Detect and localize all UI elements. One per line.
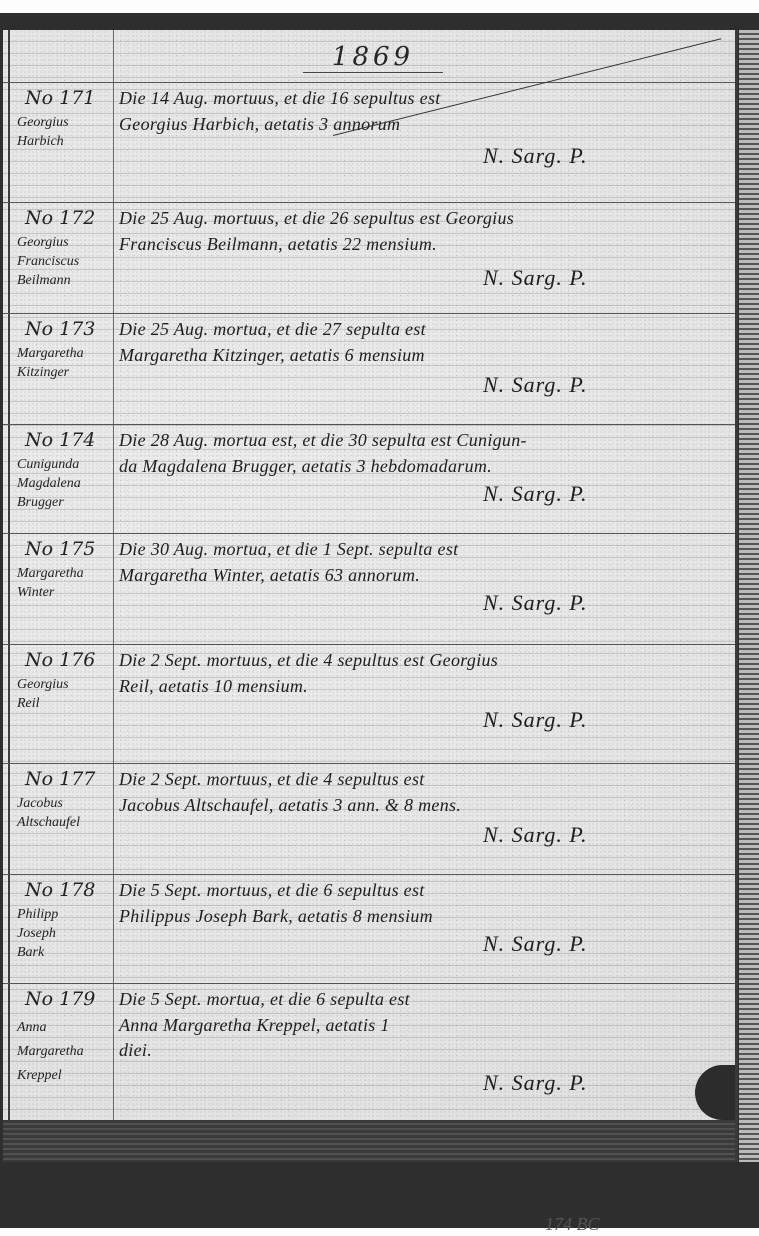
entry-text-line: Margaretha Kitzinger, aetatis 6 mensium — [119, 345, 425, 366]
entry-number: No 179 — [25, 988, 115, 1010]
margin-surname: Kreppel — [17, 1064, 113, 1088]
entry-number: No 176 — [25, 649, 115, 671]
register-entry: No 177 Jacobus Altschaufel Die 2 Sept. m… — [3, 763, 735, 874]
priest-signature: N. Sarg. P. — [483, 143, 588, 169]
margin-given-name: Georgius — [17, 113, 113, 132]
margin-given-name: Cunigunda — [17, 455, 113, 474]
entry-margin-name: Jacobus Altschaufel — [17, 794, 113, 832]
entry-number: No 175 — [25, 538, 115, 560]
entry-text-line: Die 2 Sept. mortuus, et die 4 sepultus e… — [119, 650, 498, 671]
margin-given-name: Margaretha — [17, 344, 113, 363]
entry-text-line: Georgius Harbich, aetatis 3 annorum — [119, 114, 400, 135]
margin-surname: Beilmann — [17, 271, 113, 290]
entry-text-line: Die 2 Sept. mortuus, et die 4 sepultus e… — [119, 769, 425, 790]
margin-surname: Bark — [17, 943, 113, 962]
entry-margin-name: Margaretha Kitzinger — [17, 344, 113, 382]
entry-number: No 178 — [25, 879, 115, 901]
register-entry: No 176 Georgius Reil Die 2 Sept. mortuus… — [3, 644, 735, 763]
entry-margin-name: Margaretha Winter — [17, 564, 113, 602]
entry-number: No 173 — [25, 318, 115, 340]
entry-margin-name: Georgius Reil — [17, 675, 113, 713]
year-heading: 1869 — [303, 42, 443, 73]
entry-number: No 177 — [25, 768, 115, 790]
priest-signature: N. Sarg. P. — [483, 707, 588, 733]
entry-number: No 172 — [25, 207, 115, 229]
entry-margin-name: Georgius Harbich — [17, 113, 113, 151]
margin-given-name: Margaretha — [17, 1040, 113, 1064]
entry-text-line: Die 30 Aug. mortua, et die 1 Sept. sepul… — [119, 539, 458, 560]
margin-given-name: Jacobus — [17, 794, 113, 813]
entry-text-line: Franciscus Beilmann, aetatis 22 mensium. — [119, 234, 437, 255]
margin-surname: Winter — [17, 583, 113, 602]
register-page: 1869 No 171 Georgius Harbich Die 14 Aug.… — [3, 30, 738, 1162]
register-entry: No 173 Margaretha Kitzinger Die 25 Aug. … — [3, 313, 735, 424]
margin-given-name: Joseph — [17, 924, 113, 943]
right-binding-strip — [739, 30, 759, 1162]
entry-text-line: Die 14 Aug. mortuus, et die 16 sepultus … — [119, 88, 441, 109]
priest-signature: N. Sarg. P. — [483, 265, 588, 291]
margin-surname: Kitzinger — [17, 363, 113, 382]
entry-text-line: Die 5 Sept. mortuus, et die 6 sepultus e… — [119, 880, 425, 901]
entry-margin-name: Anna Margaretha Kreppel — [17, 1016, 113, 1088]
entry-text-line: Die 28 Aug. mortua est, et die 30 sepult… — [119, 430, 527, 451]
entry-number: No 174 — [25, 429, 115, 451]
margin-given-name: Philipp — [17, 905, 113, 924]
margin-surname: Brugger — [17, 493, 113, 512]
entry-margin-name: Cunigunda Magdalena Brugger — [17, 455, 113, 512]
priest-signature: N. Sarg. P. — [483, 590, 588, 616]
priest-signature: N. Sarg. P. — [483, 822, 588, 848]
entry-text-line: Die 5 Sept. mortua, et die 6 sepulta est — [119, 989, 410, 1010]
margin-given-name: Georgius — [17, 233, 113, 252]
entry-text-line: Die 25 Aug. mortuus, et die 26 sepultus … — [119, 208, 514, 229]
margin-given-name: Magdalena — [17, 474, 113, 493]
register-entry: No 171 Georgius Harbich Die 14 Aug. mort… — [3, 82, 735, 201]
priest-signature: N. Sarg. P. — [483, 1070, 588, 1096]
entry-text-line: Die 25 Aug. mortua, et die 27 sepulta es… — [119, 319, 426, 340]
entry-text-line: Margaretha Winter, aetatis 63 annorum. — [119, 565, 420, 586]
register-entry: No 178 Philipp Joseph Bark Die 5 Sept. m… — [3, 874, 735, 983]
entry-text-line: da Magdalena Brugger, aetatis 3 hebdomad… — [119, 456, 492, 477]
entry-text-line: Jacobus Altschaufel, aetatis 3 ann. & 8 … — [119, 795, 461, 816]
priest-signature: N. Sarg. P. — [483, 931, 588, 957]
margin-surname: Altschaufel — [17, 813, 113, 832]
entry-text-line: Reil, aetatis 10 mensium. — [119, 676, 308, 697]
margin-surname: Harbich — [17, 132, 113, 151]
bottom-margin-scribble: 174 BC — [545, 1214, 600, 1235]
entry-margin-name: Philipp Joseph Bark — [17, 905, 113, 962]
bottom-scan-band — [3, 1120, 735, 1162]
margin-surname: Reil — [17, 694, 113, 713]
entry-number: No 171 — [25, 87, 115, 109]
margin-given-name: Anna — [17, 1016, 113, 1040]
register-entry: No 179 Anna Margaretha Kreppel Die 5 Sep… — [3, 983, 735, 1119]
priest-signature: N. Sarg. P. — [483, 481, 588, 507]
entry-margin-name: Georgius Franciscus Beilmann — [17, 233, 113, 290]
entry-text-line: Anna Margaretha Kreppel, aetatis 1 — [119, 1015, 390, 1036]
entry-text-line: diei. — [119, 1040, 152, 1061]
margin-given-name: Georgius — [17, 675, 113, 694]
register-entry: No 172 Georgius Franciscus Beilmann Die … — [3, 202, 735, 313]
margin-given-name: Margaretha — [17, 564, 113, 583]
register-entry: No 175 Margaretha Winter Die 30 Aug. mor… — [3, 533, 735, 644]
margin-given-name: Franciscus — [17, 252, 113, 271]
priest-signature: N. Sarg. P. — [483, 372, 588, 398]
register-entry: No 174 Cunigunda Magdalena Brugger Die 2… — [3, 424, 735, 533]
entry-text-line: Philippus Joseph Bark, aetatis 8 mensium — [119, 906, 433, 927]
